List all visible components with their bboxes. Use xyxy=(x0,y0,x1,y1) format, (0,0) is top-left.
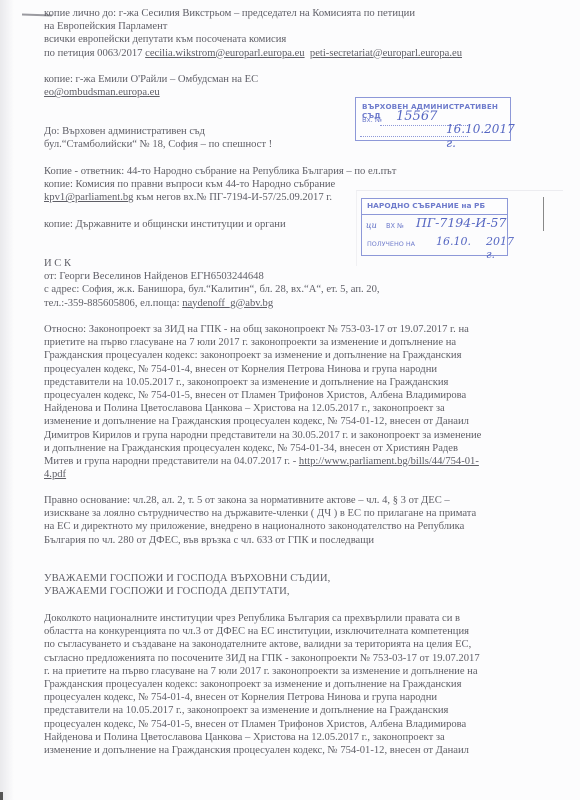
body-paragraph: Доколкото националните институции чрез Р… xyxy=(44,612,480,757)
email-link-ombudsman[interactable]: eo@ombudsman.europa.eu xyxy=(44,86,258,99)
email-link-wikstrom[interactable]: cecilia.wikstrom@europarl.europa.eu xyxy=(145,48,304,59)
stamp-received-year: 2017 г. xyxy=(486,235,514,261)
addressee-line: бул.“Стамболийски“ № 18, София – по спеш… xyxy=(44,138,272,151)
stamp-title: НАРОДНО СЪБРАНИЕ на РБ xyxy=(367,201,485,210)
institutions-line: копие: Държавните и общински институции … xyxy=(44,218,286,231)
respondent-block: Копие - ответник: 44-то Народно събрание… xyxy=(44,165,396,205)
claimant-address: с адрес: София, ж.к. Банишора, бул.“Кали… xyxy=(44,283,380,296)
stamp-entry-label: ВХ № xyxy=(386,222,404,230)
email-link-kpv[interactable]: kpv1@parliament.bg xyxy=(44,192,133,203)
header-line: всички европейски депутати към посоченат… xyxy=(44,33,462,46)
header-line: на Европейския Парламент xyxy=(44,20,462,33)
respondent-line: копие: Комисия по правни въпроси към 44-… xyxy=(44,178,396,191)
bill-pdf-link-continued[interactable]: 4.pdf xyxy=(44,468,481,481)
scan-mark-bottom xyxy=(0,792,3,800)
ombudsman-block: копие: г-жа Емили О'Райли – Омбудсман на… xyxy=(44,73,258,99)
scan-edge-shadow xyxy=(0,0,14,800)
header-block: копие лично до: г-жа Сесилия Викстрьом –… xyxy=(44,7,462,60)
stamp-date: 16.10.2017 г. xyxy=(446,122,515,150)
stamp-received-date: 16.10. xyxy=(436,235,471,248)
stamp-initials: ци xyxy=(366,221,377,230)
salutation: УВАЖАЕМИ ГОСПОЖИ И ГОСПОДА ВЪРХОВНИ СЪДИ… xyxy=(44,572,330,598)
stamp-received-label: ПОЛУЧЕНО НА xyxy=(367,240,415,248)
scan-line xyxy=(543,197,544,231)
petition-line: по петиция 0063/2017 cecilia.wikstrom@eu… xyxy=(44,47,462,60)
addressee-line: До: Върховен административен съд xyxy=(44,125,272,138)
stamp-supreme-administrative-court: ВЪРХОВЕН АДМИНИСТРАТИВЕН СЪД Вх. № 15567… xyxy=(355,97,511,141)
email-link-claimant[interactable]: naydenoff_g@abv.bg xyxy=(182,298,273,309)
claim-title: И С К xyxy=(44,257,380,270)
scanned-page: копие лично до: г-жа Сесилия Викстрьом –… xyxy=(0,0,580,800)
ombudsman-line: копие: г-жа Емили О'Райли – Омбудсман на… xyxy=(44,73,258,86)
bill-pdf-link[interactable]: http://www.parliament.bg/bills/44/754-01… xyxy=(299,456,479,467)
claimant-name: от: Георги Веселинов Найденов ЕГН6503244… xyxy=(44,270,380,283)
legal-basis-paragraph: Правно основание: чл.28, ал. 2, т. 5 от … xyxy=(44,494,476,547)
stamp-entry-label: Вх. № xyxy=(362,116,382,124)
subject-paragraph: Относно: Законопроект за ЗИД на ГПК - на… xyxy=(44,323,481,481)
respondent-email-line: kpv1@parliament.bg към негов вх.№ ПГ-719… xyxy=(44,191,396,204)
respondent-line: Копие - ответник: 44-то Народно събрание… xyxy=(44,165,396,178)
claimant-contact: тел.:-359-885605806, ел.поща: naydenoff_… xyxy=(44,297,380,310)
stamp-entry-number: ПГ-7194-И-57 xyxy=(416,215,506,230)
header-line: копие лично до: г-жа Сесилия Викстрьом –… xyxy=(44,7,462,20)
email-link-peti-secretariat[interactable]: peti-secretariat@europarl.europa.eu xyxy=(310,48,462,59)
stamp-entry-number: 15567 xyxy=(396,109,437,124)
claim-block: И С К от: Георги Веселинов Найденов ЕГН6… xyxy=(44,257,380,310)
addressee-block: До: Върховен административен съд бул.“Ст… xyxy=(44,125,272,151)
stamp-national-assembly-details: ци ВХ № ПГ-7194-И-57 ПОЛУЧЕНО НА 16.10. … xyxy=(361,213,508,256)
